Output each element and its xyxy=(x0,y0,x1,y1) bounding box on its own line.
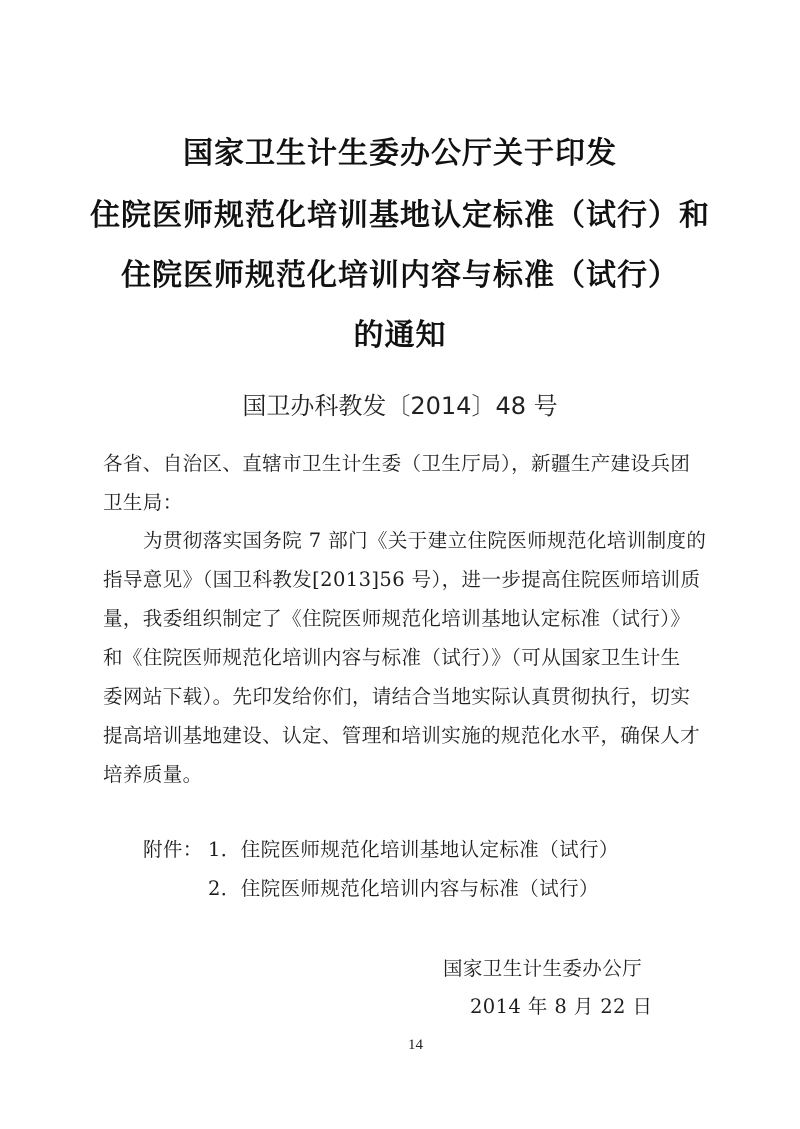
body-line-5: 委网站下载）。先印发给你们，请结合当地实际认真贯彻执行，切实 xyxy=(103,681,690,709)
body-line-1: 为贯彻落实国务院 7 部门《关于建立住院医师规范化培训制度的 xyxy=(143,525,706,553)
attachment-item-1: 1．住院医师规范化培训基地认定标准（试行） xyxy=(208,834,619,862)
salutation-line-1: 各省、自治区、直辖市卫生计生委（卫生厅局），新疆生产建设兵团 xyxy=(103,448,690,476)
body-line-4: 和《住院医师规范化培训内容与标准（试行）》（可从国家卫生计生 xyxy=(103,642,681,670)
attachment-item-2: 2．住院医师规范化培训内容与标准（试行） xyxy=(208,873,599,901)
signature-date: 2014 年 8 月 22 日 xyxy=(470,991,652,1019)
page-number: 14 xyxy=(408,1037,423,1054)
attachments-label: 附件： xyxy=(143,834,203,862)
body-line-6: 提高培训基地建设、认定、管理和培训实施的规范化水平，确保人才 xyxy=(103,720,700,748)
body-line-3: 量，我委组织制定了《住院医师规范化培训基地认定标准（试行）》 xyxy=(103,603,690,631)
body-line-7: 培养质量。 xyxy=(103,759,203,787)
body-line-2: 指导意见》（国卫科教发[2013]56 号），进一步提高住院医师培训质 xyxy=(103,564,700,592)
title-line-4: 的通知 xyxy=(0,310,800,354)
document-number: 国卫办科教发〔2014〕48 号 xyxy=(0,386,800,421)
salutation-line-2: 卫生局： xyxy=(103,487,183,515)
title-line-2: 住院医师规范化培训基地认定标准（试行）和 xyxy=(0,190,800,234)
title-line-3: 住院医师规范化培训内容与标准（试行） xyxy=(0,250,800,294)
signature-issuer: 国家卫生计生委办公厅 xyxy=(443,953,642,981)
title-line-1: 国家卫生计生委办公厅关于印发 xyxy=(0,128,800,172)
